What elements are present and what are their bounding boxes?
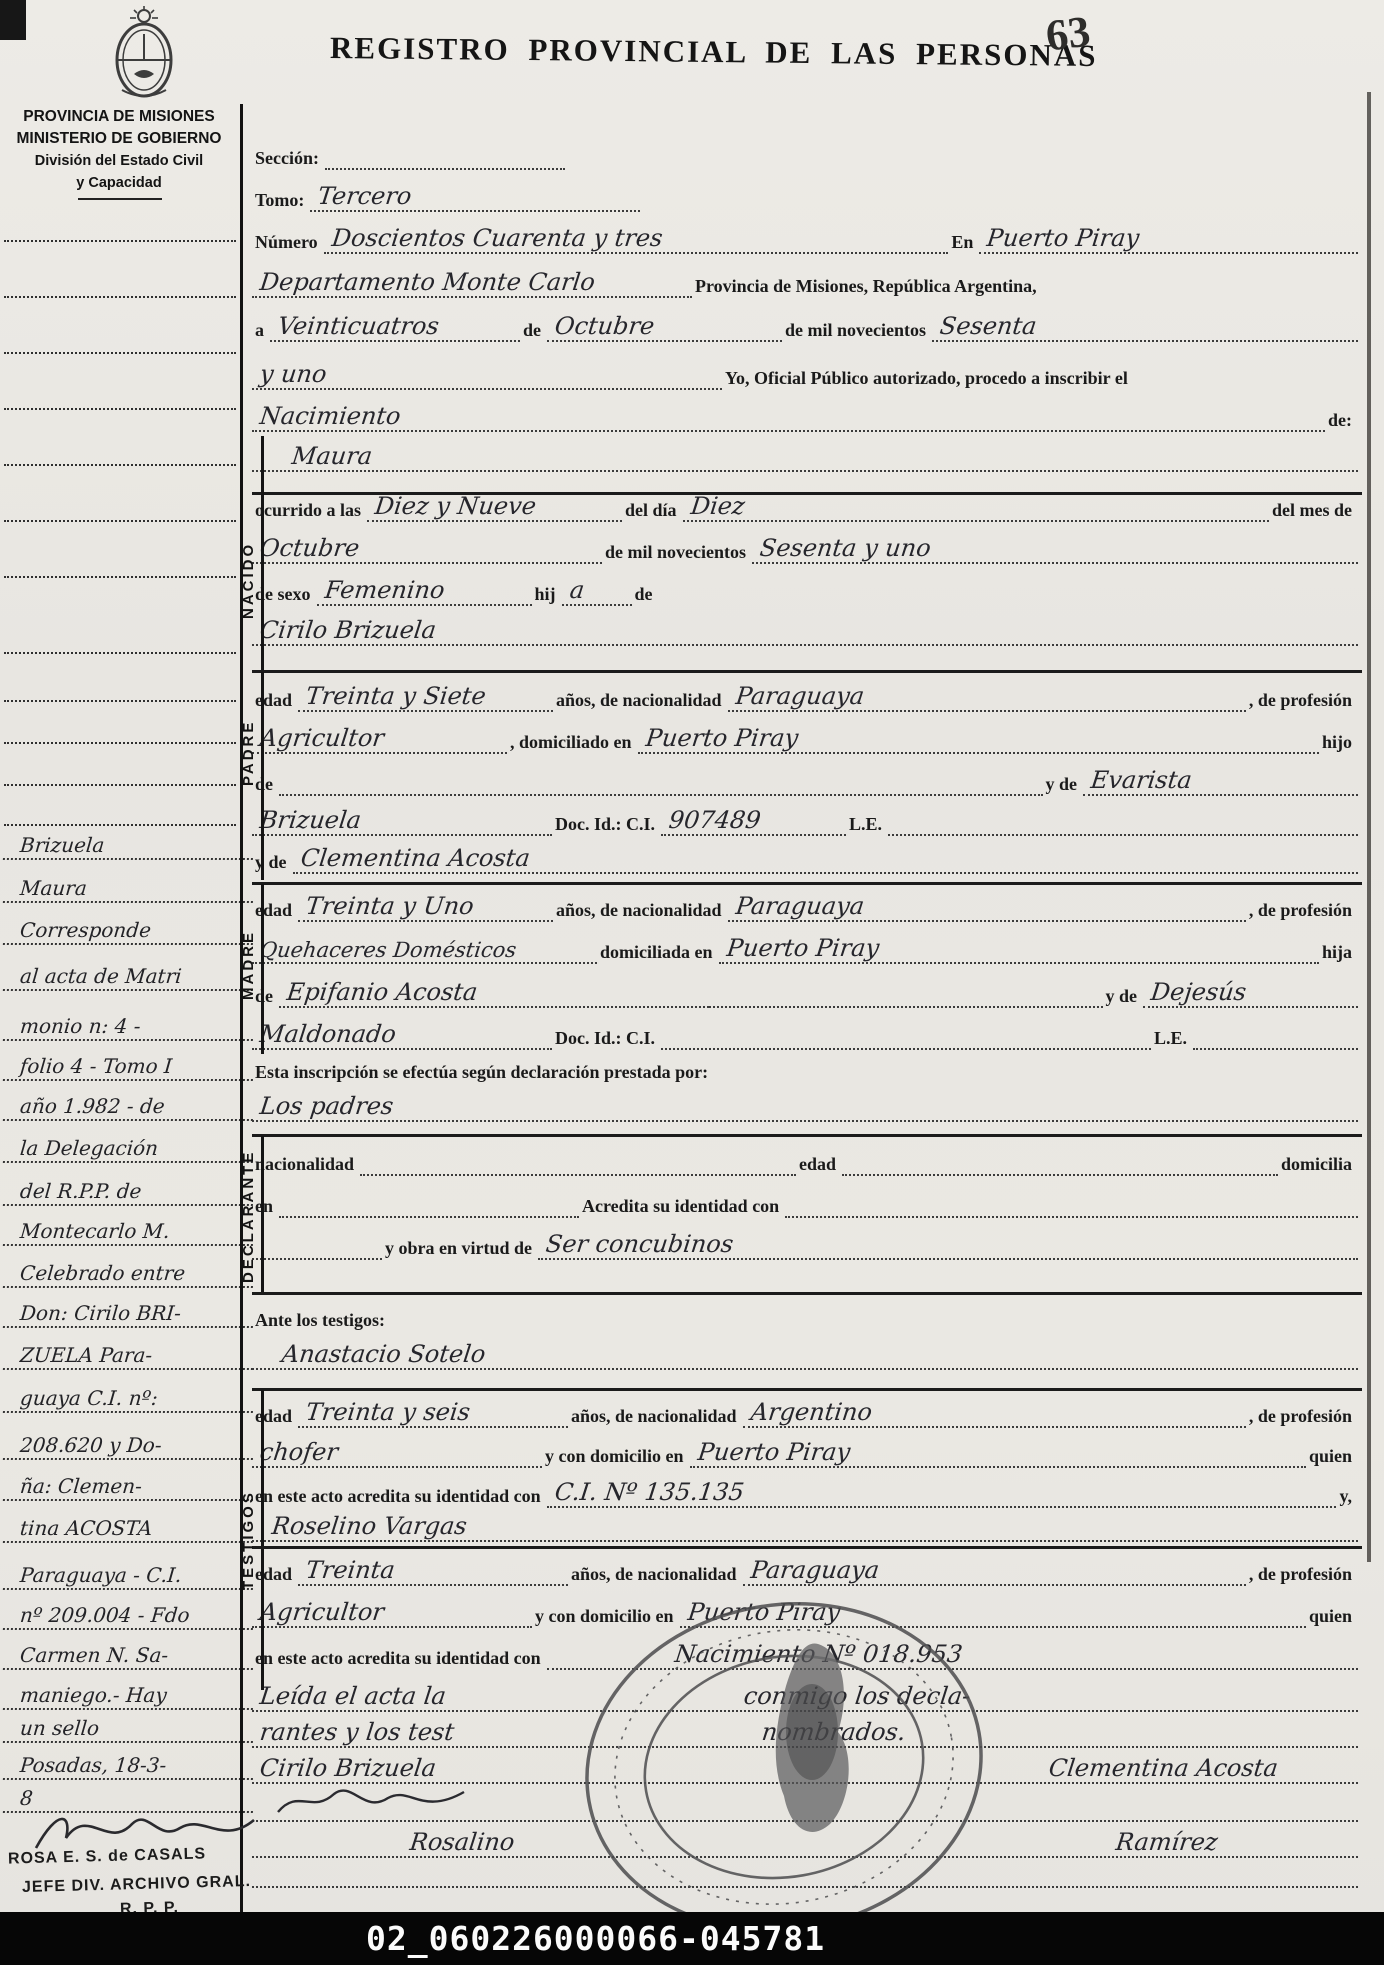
value-acto: Nacimiento (250, 402, 412, 430)
margin-note: la Delegación (3, 1136, 255, 1163)
field-madre-abuelo: de Epifanio Acosta y de Dejesús (252, 972, 1358, 1008)
clerk-stamp-title: JEFE DIV. ARCHIVO GRAL. (22, 1873, 251, 1897)
label-seccion: Sección: (252, 148, 325, 170)
section-bracket-nacido (261, 436, 264, 670)
value-padre-prof-line: Agricultor (252, 718, 507, 754)
value-virtud: Ser concubinos (536, 1230, 745, 1258)
blank-edad-line (842, 1172, 1278, 1176)
value-tomo: Tercero (309, 182, 424, 210)
firma-madre: Clementina Acosta (1039, 1754, 1289, 1782)
spacer (659, 604, 1358, 606)
value-testigo1-domicilio: Puerto Piray (688, 1438, 862, 1466)
margin-ruled-line (4, 742, 236, 744)
field-testigo1-identidad: en este acto acredita su identidad con C… (252, 1472, 1358, 1508)
field-padre-doc: Brizuela Doc. Id.: C.I. 907489 L.E. (252, 800, 1358, 836)
value-madre-dom-line: Puerto Piray (719, 928, 1319, 964)
margin-ruled-line (4, 296, 236, 298)
field-ante-testigos: Ante los testigos: (252, 1296, 1358, 1332)
value-sexo-line: Femenino (317, 570, 532, 606)
value-testigo2-edad: Treinta (296, 1556, 406, 1584)
org-header: PROVINCIA DE MISIONES MINISTERIO DE GOBI… (0, 106, 238, 194)
spacer (1043, 296, 1358, 298)
field-mes-nacimiento: Octubre de mil novecientos Sesenta y uno (252, 528, 1358, 564)
value-mes-nac: Octubre (250, 534, 371, 562)
section-label-nacido: NACIDO (238, 500, 259, 660)
margin-note: monio n: 4 - (3, 1014, 255, 1041)
value-testigo1-nac-line: Argentino (743, 1392, 1246, 1428)
label-quien: quien (1306, 1446, 1358, 1468)
value-madre-nombre-line: Clementina Acosta (293, 838, 1359, 874)
value-anio-nac: Sesenta y uno (750, 534, 942, 562)
value-padre-nac-line: Paraguaya (728, 676, 1246, 712)
spacer (391, 1330, 1358, 1332)
value-madre-madre-line: Dejesús (1143, 972, 1358, 1008)
margin-ruled-line (4, 576, 236, 578)
margin-note: maniego.- Hay (3, 1683, 255, 1710)
field-fecha-inscripcion: a Veinticuatros de Octubre de mil noveci… (252, 306, 1358, 342)
margin-note: ña: Clemen- (3, 1474, 255, 1501)
label-domiciliada: domiciliada en (597, 942, 719, 964)
label-tomo: Tomo: (252, 190, 310, 212)
value-madre-padre: Epifanio Acosta (277, 978, 489, 1006)
value-padre-edad: Treinta y Siete (296, 682, 497, 710)
label-hija: hija (1319, 942, 1358, 964)
blank-seccion-line (325, 166, 565, 170)
value-anio-cont-line: y uno (252, 354, 722, 390)
value-lugar-line: Puerto Piray (979, 218, 1358, 254)
value-anio-cont: y uno (250, 360, 338, 388)
section-bracket-declarante (261, 1136, 264, 1294)
blank-nacionalidad-line (360, 1172, 796, 1176)
value-testigo1-nombre-line: Anastacio Sotelo (252, 1334, 1358, 1370)
value-testigo1-nacionalidad: Argentino (741, 1398, 884, 1426)
margin-note: año 1.982 - de (3, 1094, 255, 1121)
value-testigo1-nombre: Anastacio Sotelo (250, 1340, 497, 1368)
blank-identidad-line (785, 1214, 1358, 1218)
label-del-dia: del día (622, 500, 683, 522)
page-title: REGISTRO PROVINCIAL DE LAS PERSONAS (330, 30, 1098, 74)
label-anos-nac-2: años, de nacionalidad (553, 900, 728, 922)
field-nombre: Maura (252, 436, 1358, 472)
value-dia-nac: Diez (681, 492, 756, 520)
value-padre-ci: 907489 (659, 806, 772, 834)
label-doc-id-2: Doc. Id.: C.I. (552, 1028, 661, 1050)
field-inscripcion-texto: Esta inscripción se efectúa según declar… (252, 1048, 1358, 1084)
label-quien-2: quien (1306, 1606, 1358, 1628)
label-le-2: L.E. (1151, 1028, 1193, 1050)
value-padre-madre2-line: Brizuela (252, 800, 552, 836)
section-bracket-madre (261, 884, 264, 1054)
clerk-signature-scribble (28, 1798, 268, 1862)
field-acto: Nacimiento de: (252, 396, 1358, 432)
value-padre-dom-line: Puerto Piray (638, 718, 1319, 754)
value-padre-madre2: Brizuela (250, 806, 373, 834)
label-edad-4: edad (252, 1406, 298, 1428)
argentina-coat-of-arms (98, 4, 190, 102)
value-madre-madre2-line: Maldonado (252, 1014, 552, 1050)
value-testigo1-dom-line: Puerto Piray (690, 1432, 1306, 1468)
org-line-2: MINISTERIO DE GOBIERNO (0, 128, 238, 150)
value-nombre-line: Maura (252, 436, 1358, 472)
label-le: L.E. (846, 814, 888, 836)
margin-note: tina ACOSTA (3, 1516, 255, 1543)
label-oficial: Yo, Oficial Público autorizado, procedo … (722, 368, 1134, 390)
blank-line (252, 1256, 382, 1260)
label-hijo: hijo (1319, 732, 1358, 754)
margin-ruled-line (4, 408, 236, 410)
value-padre-edad-line: Treinta y Siete (298, 676, 553, 712)
section-rule (252, 492, 1362, 495)
value-madre-edad-line: Treinta y Uno (298, 886, 553, 922)
org-line-3: División del Estado Civil (0, 150, 238, 172)
registry-round-stamp (566, 1582, 1002, 1952)
label-profesion: , de profesión (1246, 690, 1358, 712)
spacer (1134, 388, 1358, 390)
label-profesion-4: , de profesión (1246, 1564, 1358, 1586)
section-rule (252, 1388, 1362, 1391)
margin-ruled-line (4, 700, 236, 702)
value-sexo: Femenino (315, 576, 456, 604)
label-ante: Ante los testigos: (252, 1310, 391, 1332)
value-testigo1-profesion: chofer (250, 1438, 349, 1466)
margin-note: Posadas, 18-3- (3, 1753, 255, 1780)
margin-note: Paraguaya - C.I. (3, 1563, 255, 1590)
value-testigo2-nac-line: Paraguaya (743, 1550, 1246, 1586)
value-testigo1-id-line: C.I. Nº 135.135 (547, 1472, 1337, 1508)
field-madre-edad: edad Treinta y Uno años, de nacionalidad… (252, 886, 1358, 922)
field-madre-nombre: y de Clementina Acosta (252, 838, 1358, 874)
org-line-1: PROVINCIA DE MISIONES (0, 106, 238, 128)
value-numero-line: Doscientos Cuarenta y tres (324, 218, 949, 254)
margin-note: al acta de Matri (3, 964, 255, 991)
label-del-mes: del mes de (1269, 500, 1358, 522)
value-anio-line: Sesenta (932, 306, 1358, 342)
margin-note: del R.P.P. de (3, 1179, 255, 1206)
org-line-4: y Capacidad (0, 172, 238, 194)
value-lugar: Puerto Piray (978, 224, 1152, 252)
blank-line (709, 1004, 1103, 1008)
value-padre-nombre: Cirilo Brizuela (250, 616, 447, 644)
margin-note: Brizuela (3, 833, 255, 860)
label-de-colon: de: (1325, 410, 1358, 432)
value-virtud-line: Ser concubinos (538, 1224, 1358, 1260)
label-domicilio-en: y con domicilio en (542, 1446, 690, 1468)
blank-abuelo-line (279, 792, 1043, 796)
value-departamento: Departamento Monte Carlo (250, 268, 606, 296)
margin-ruled-line (4, 824, 236, 826)
archive-code: 02_060226000066-045781 (366, 1919, 825, 1958)
value-madre-domicilio: Puerto Piray (717, 934, 891, 962)
label-anos-nac-3: años, de nacionalidad (568, 1406, 743, 1428)
field-padre-edad: edad Treinta y Siete años, de nacionalid… (252, 676, 1358, 712)
section-rule (252, 1546, 1362, 1549)
label-a: a (252, 320, 270, 342)
field-seccion: Sección: (252, 134, 1358, 170)
section-label-testigos: TESTIGOS (238, 1460, 259, 1620)
value-hora: Diez y Nueve (365, 492, 547, 520)
section-rule (252, 1292, 1362, 1295)
field-madre-doc: Maldonado Doc. Id.: C.I. L.E. (252, 1014, 1358, 1050)
margin-note: 208.620 y Do- (3, 1433, 255, 1460)
org-underline (78, 198, 162, 200)
value-mes-nac-line: Octubre (252, 528, 602, 564)
label-de: de (520, 320, 547, 342)
value-departamento-line: Departamento Monte Carlo (252, 262, 692, 298)
value-testigo2-profesion: Agricultor (250, 1598, 395, 1626)
label-provincia: Provincia de Misiones, República Argenti… (692, 276, 1043, 298)
value-numero: Doscientos Cuarenta y tres (322, 224, 674, 252)
value-padre-madre-line: Evarista (1083, 760, 1358, 796)
value-madre-padre-line: Epifanio Acosta (279, 972, 709, 1008)
label-profesion-2: , de profesión (1246, 900, 1358, 922)
field-testigo1-nombre: Anastacio Sotelo (252, 1334, 1358, 1370)
label-y-de-2: y de (252, 852, 293, 874)
margin-ruled-line (4, 464, 236, 466)
field-numero: Número Doscientos Cuarenta y tres En Pue… (252, 218, 1358, 254)
field-sexo: de sexo Femenino hij a de (252, 570, 1358, 606)
value-dia: Veinticuatros (268, 312, 450, 340)
value-madre-nacionalidad: Paraguaya (726, 892, 876, 920)
label-en: En (948, 232, 979, 254)
value-anio-nac-line: Sesenta y uno (752, 528, 1358, 564)
section-rule (252, 1134, 1362, 1137)
value-hij-line: a (562, 570, 632, 606)
value-madre-nac-line: Paraguaya (728, 886, 1246, 922)
margin-note: Carmen N. Sa- (3, 1643, 255, 1670)
label-acredita: Acredita su identidad con (579, 1196, 785, 1218)
blank-le-line (888, 832, 1358, 836)
firma-padre: Cirilo Brizuela (250, 1754, 447, 1782)
section-rule (252, 882, 1362, 885)
field-tomo: Tomo: Tercero (252, 176, 1358, 212)
field-padre-abuelo: de y de Evarista (252, 760, 1358, 796)
value-testigo1-id: C.I. Nº 135.135 (545, 1478, 755, 1506)
value-mes-line: Octubre (547, 306, 782, 342)
label-ocurrido: ocurrido a las (252, 500, 367, 522)
value-madre-madre2: Maldonado (250, 1020, 407, 1048)
field-testigo2-edad: edad Treinta años, de nacionalidad Parag… (252, 1550, 1358, 1586)
section-label-madre: MADRE (238, 895, 259, 1035)
label-inscripcion: Esta inscripción se efectúa según declar… (252, 1062, 714, 1084)
value-testigo1-prof-line: chofer (252, 1432, 542, 1468)
value-declarante-line: Los padres (252, 1086, 1358, 1122)
value-padre-profesion: Agricultor (250, 724, 395, 752)
value-madre-madre: Dejesús (1141, 978, 1258, 1006)
value-nombre: Maura (250, 442, 384, 470)
label-anos-nac: años, de nacionalidad (553, 690, 728, 712)
margin-ruled-line (4, 520, 236, 522)
value-padre-domicilio: Puerto Piray (636, 724, 810, 752)
value-testigo1-edad: Treinta y seis (296, 1398, 482, 1426)
section-bracket-padre (261, 672, 264, 880)
field-anio-cont: y uno Yo, Oficial Público autorizado, pr… (252, 354, 1358, 390)
margin-note: guaya C.I. nº: (3, 1386, 255, 1413)
field-testigo1-domicilio: chofer y con domicilio en Puerto Piray q… (252, 1432, 1358, 1468)
field-declarante-datos: nacionalidad edad domicilia (252, 1140, 1358, 1176)
value-testigo2-nombre: Roselino Vargas (250, 1512, 478, 1540)
field-declarante: Los padres (252, 1086, 1358, 1122)
value-mes: Octubre (545, 312, 666, 340)
section-label-padre: PADRE (238, 688, 259, 818)
field-padre-profesion: Agricultor , domiciliado en Puerto Piray… (252, 718, 1358, 754)
label-profesion-3: , de profesión (1246, 1406, 1358, 1428)
label-acto-acredita: en este acto acredita su identidad con (252, 1486, 547, 1508)
margin-note: Don: Cirilo BRI- (3, 1301, 255, 1328)
label-y-coma: y, (1336, 1486, 1358, 1508)
section-rule (252, 670, 1362, 673)
margin-note: nº 209.004 - Fdo (3, 1603, 255, 1630)
value-madre-nombre: Clementina Acosta (291, 844, 541, 872)
section-bracket-testigos (261, 1390, 264, 1690)
margin-note: Montecarlo M. (3, 1219, 255, 1246)
value-testigo2-nacionalidad: Paraguaya (741, 1556, 891, 1584)
spacer (1288, 1780, 1358, 1782)
label-y-de: y de (1043, 774, 1084, 796)
value-acto-line: Nacimiento (252, 396, 1325, 432)
margin-ruled-line (4, 784, 236, 786)
label-obra: y obra en virtud de (382, 1238, 538, 1260)
blank-domicilio-line (279, 1214, 579, 1218)
margin-note: Corresponde (3, 918, 255, 945)
spacer (565, 168, 1358, 170)
value-dia-line: Veinticuatros (270, 306, 520, 342)
margin-note: un sello (3, 1716, 255, 1743)
field-departamento: Departamento Monte Carlo Provincia de Mi… (252, 262, 1358, 298)
field-padre-nombre: Cirilo Brizuela (252, 610, 1358, 646)
margin-ruled-line (4, 240, 236, 242)
spacer (714, 1082, 1358, 1084)
label-numero: Número (252, 232, 324, 254)
value-anio: Sesenta (930, 312, 1048, 340)
section-label-declarante: DECLARANTE (238, 1138, 259, 1294)
margin-note: Celebrado entre (3, 1261, 255, 1288)
value-madre-edad: Treinta y Uno (296, 892, 485, 920)
field-declarante-domicilio: en Acredita su identidad con (252, 1182, 1358, 1218)
value-testigo2-prof-line: Agricultor (252, 1592, 532, 1628)
label-acto-acredita-2: en este acto acredita su identidad con (252, 1648, 547, 1670)
margin-ruled-line (4, 652, 236, 654)
margin-note: ZUELA Para- (3, 1343, 255, 1370)
scan-edge-artifact (1367, 92, 1371, 1562)
value-testigo1-edad-line: Treinta y seis (298, 1392, 568, 1428)
margin-note: folio 4 - Tomo I (3, 1054, 255, 1081)
field-declarante-virtud: y obra en virtud de Ser concubinos (252, 1224, 1358, 1260)
label-hij: hij (532, 584, 562, 606)
page-number: 63 (1043, 6, 1093, 62)
field-madre-profesion: Quehaceres Domésticos domiciliada en Pue… (252, 928, 1358, 964)
label-de-2: de (632, 584, 659, 606)
value-testigo2-edad-line: Treinta (298, 1550, 568, 1586)
value-padre-nacionalidad: Paraguaya (726, 682, 876, 710)
value-cierre2a: rantes y los test (250, 1718, 466, 1746)
value-madre-profesion: Quehaceres Domésticos (251, 938, 528, 962)
field-testigo1-edad: edad Treinta y seis años, de nacionalida… (252, 1392, 1358, 1428)
spacer (640, 210, 1358, 212)
margin-ruled-line (4, 352, 236, 354)
value-padre-madre: Evarista (1081, 766, 1203, 794)
label-y-de-3: y de (1103, 986, 1144, 1008)
label-domiciliado: , domiciliado en (507, 732, 638, 754)
margin-note: Maura (3, 876, 255, 903)
scanned-birth-certificate: REGISTRO PROVINCIAL DE LAS PERSONAS 63 P… (0, 0, 1384, 1965)
label-nacionalidad: nacionalidad (252, 1154, 360, 1176)
label-doc-id: Doc. Id.: C.I. (552, 814, 661, 836)
signature-scribble (272, 1784, 472, 1820)
value-tomo-line: Tercero (310, 176, 640, 212)
field-testigo2-nombre: Roselino Vargas (252, 1506, 1358, 1542)
label-de-mil: de mil novecientos (782, 320, 932, 342)
value-madre-prof-line: Quehaceres Domésticos (252, 928, 597, 964)
label-edad-3: edad (796, 1154, 842, 1176)
value-declarante: Los padres (250, 1092, 405, 1120)
label-domicilia: domicilia (1278, 1154, 1358, 1176)
value-hij-sufijo: a (560, 576, 596, 604)
value-padre-nombre-line: Cirilo Brizuela (252, 610, 1358, 646)
scan-corner-artifact (0, 0, 26, 40)
value-padre-ci-line: 907489 (661, 800, 846, 836)
value-testigo2-nombre-line: Roselino Vargas (252, 1506, 1358, 1542)
value-cierre1a: Leída el acta la (250, 1682, 457, 1710)
label-de-mil-2: de mil novecientos (602, 542, 752, 564)
